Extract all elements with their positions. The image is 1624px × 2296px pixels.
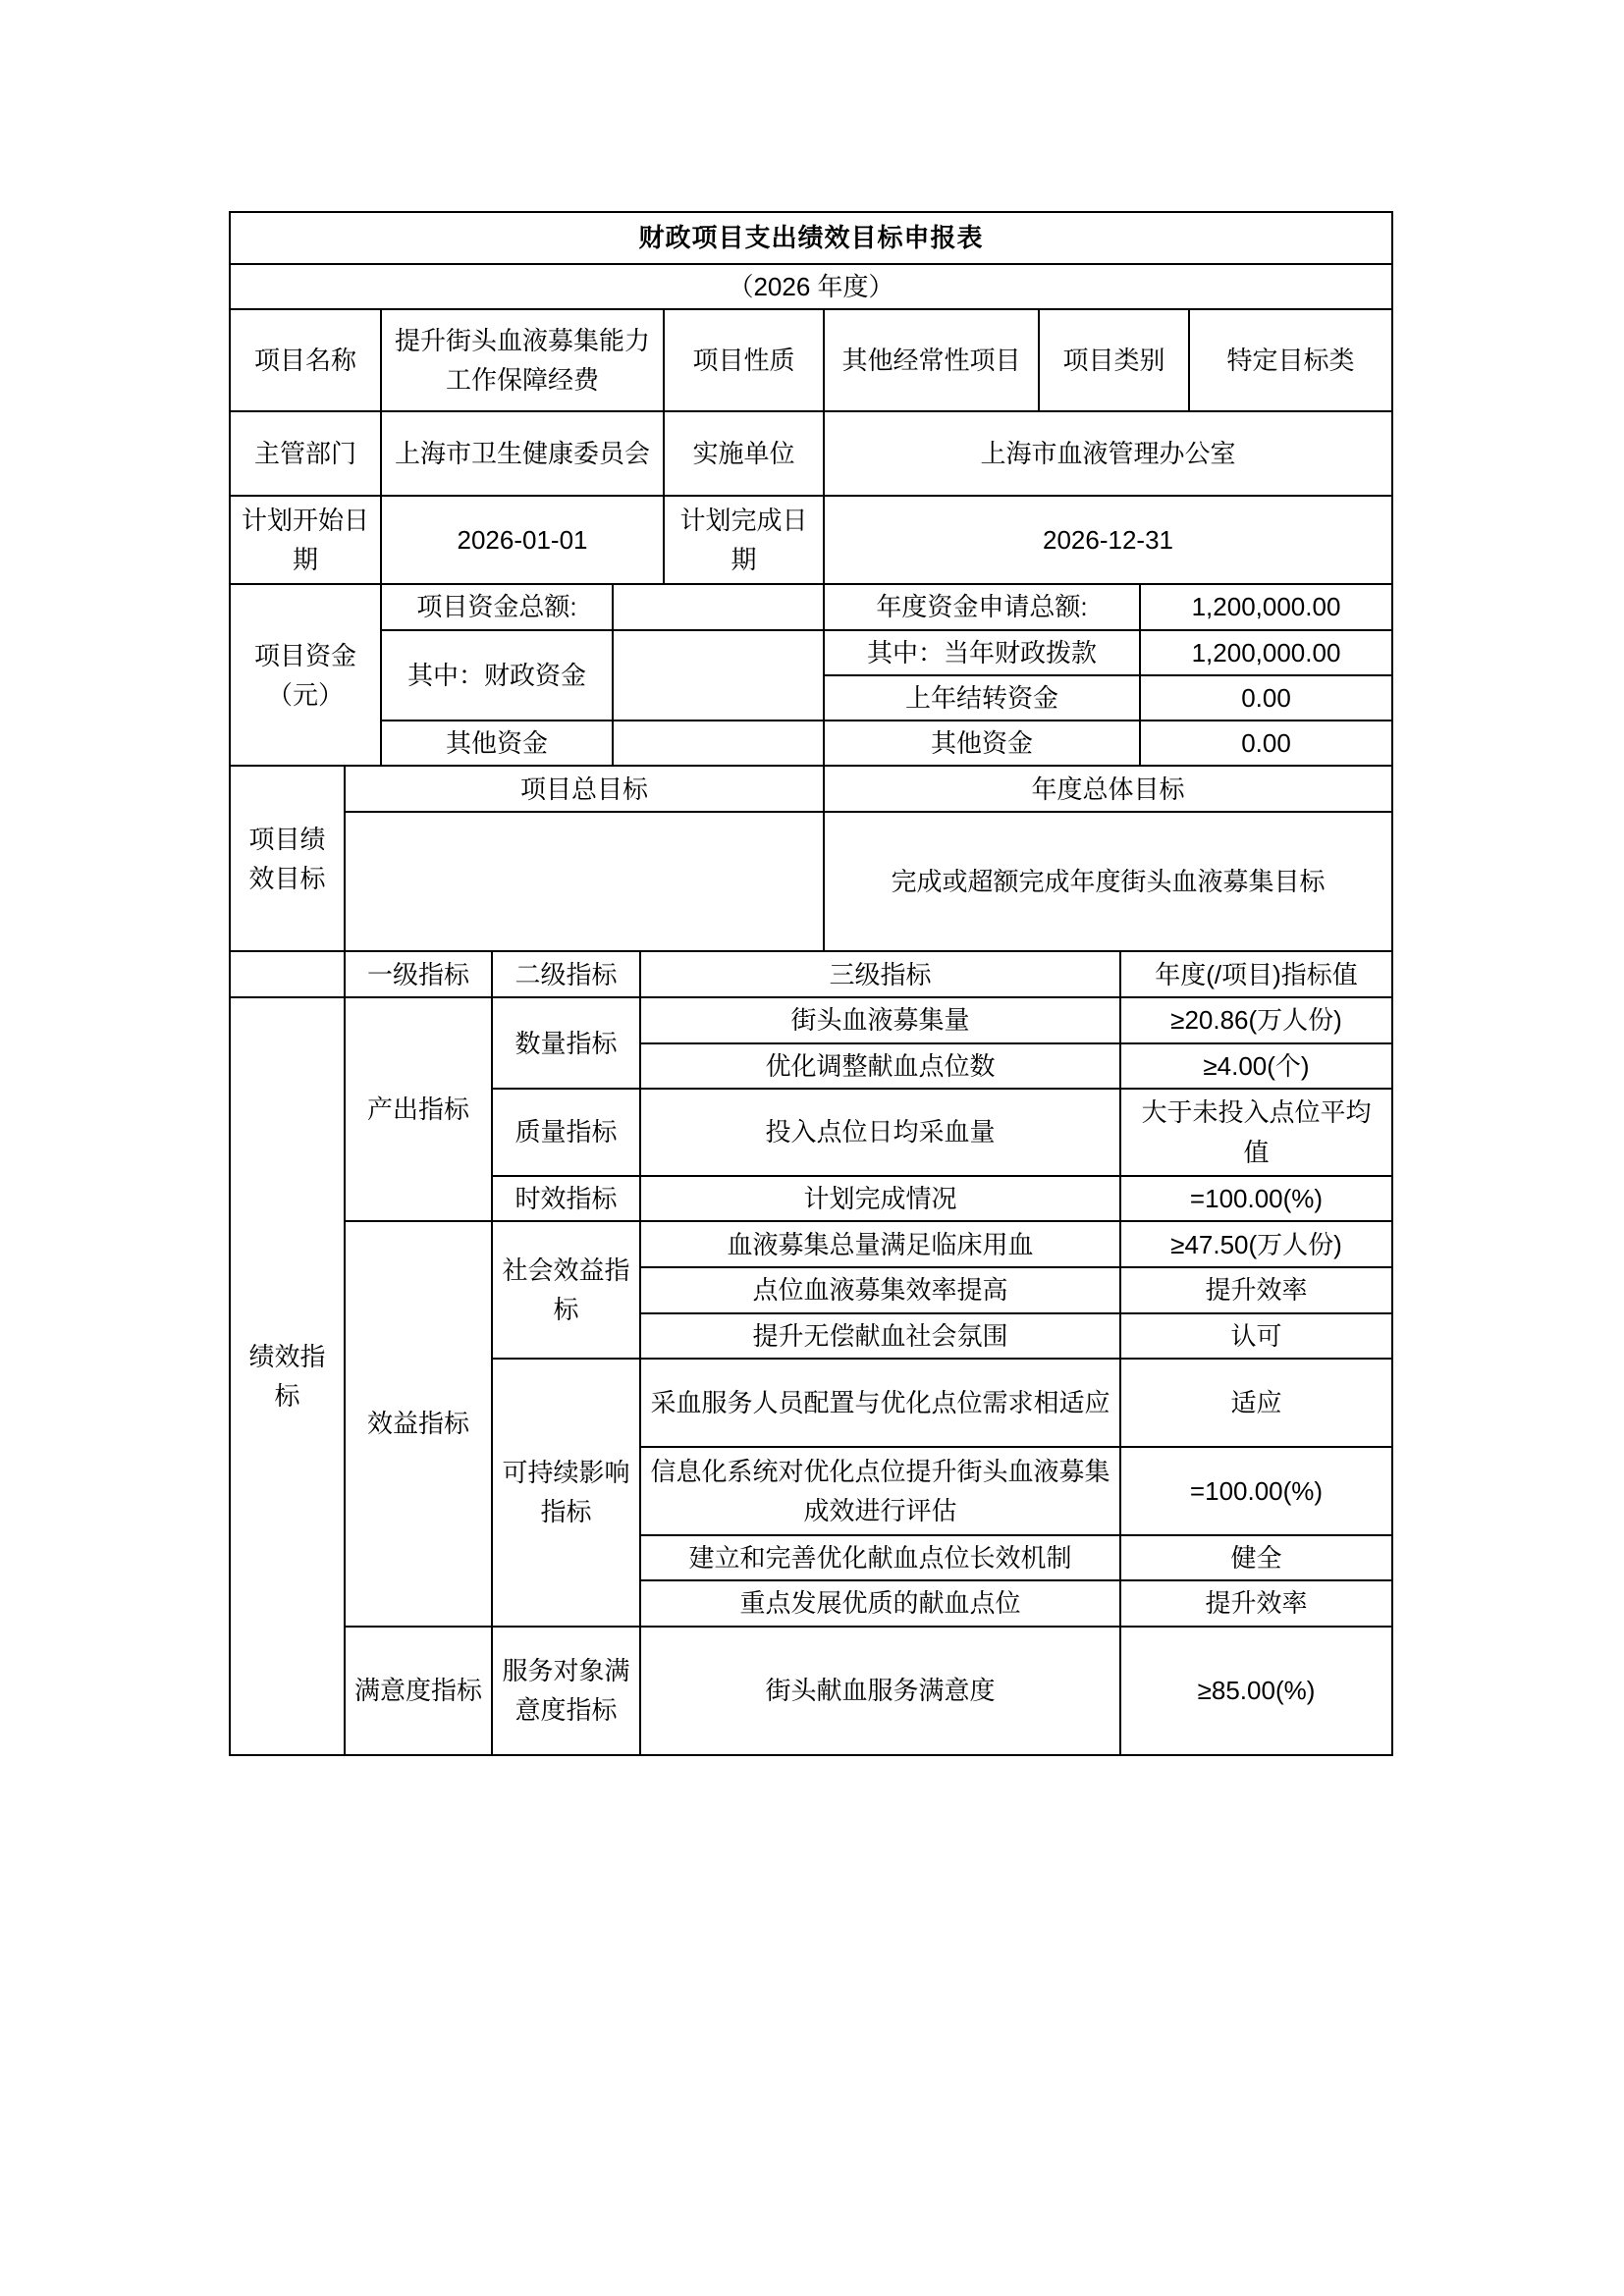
- level1-benefit: 效益指标: [345, 1221, 492, 1626]
- funding-section-label: 项目资金（元）: [230, 584, 381, 766]
- table-row: 主管部门 上海市卫生健康委员会 实施单位 上海市血液管理办公室: [230, 411, 1392, 496]
- form-year: （2026 年度）: [230, 264, 1392, 309]
- unit-label: 实施单位: [664, 411, 824, 496]
- annual-fiscal-value: 1,200,000.00: [1140, 630, 1392, 675]
- annual-total-label: 年度资金申请总额:: [824, 584, 1140, 629]
- table-row: 效益指标 社会效益指标 血液募集总量满足临床用血 ≥47.50(万人份): [230, 1221, 1392, 1267]
- project-nature-label: 项目性质: [664, 309, 824, 411]
- goals-section-label: 项目绩效目标: [230, 766, 345, 951]
- carryover-value: 0.00: [1140, 675, 1392, 721]
- dept-label: 主管部门: [230, 411, 381, 496]
- level3-header: 三级指标: [640, 951, 1120, 997]
- funding-total-value: [613, 584, 824, 629]
- table-row: 计划开始日期 2026-01-01 计划完成日期 2026-12-31: [230, 496, 1392, 584]
- fiscal-funds-label: 其中：财政资金: [381, 630, 613, 721]
- level1-satisfaction: 满意度指标: [345, 1627, 492, 1755]
- other-funds-value: [613, 721, 824, 766]
- indicator-name: 街头献血服务满意度: [640, 1627, 1120, 1755]
- project-name-label: 项目名称: [230, 309, 381, 411]
- indicator-value: 大于未投入点位平均值: [1120, 1089, 1392, 1176]
- level2-header: 二级指标: [492, 951, 640, 997]
- fiscal-funds-value: [613, 630, 824, 721]
- table-row: 项目绩效目标 项目总目标 年度总体目标: [230, 766, 1392, 812]
- indicator-name: 建立和完善优化献血点位长效机制: [640, 1535, 1120, 1580]
- indicator-name: 计划完成情况: [640, 1176, 1120, 1221]
- form-title: 财政项目支出绩效目标申报表: [230, 212, 1392, 264]
- indicator-name: 采血服务人员配置与优化点位需求相适应: [640, 1359, 1120, 1447]
- section-funding: 项目资金（元） 项目资金总额: 年度资金申请总额: 1,200,000.00 其…: [229, 583, 1393, 767]
- indicator-value: 适应: [1120, 1359, 1392, 1447]
- annual-goal-body: 完成或超额完成年度街头血液募集目标: [824, 812, 1392, 951]
- level1-header: 一级指标: [345, 951, 492, 997]
- indicator-value: ≥47.50(万人份): [1120, 1221, 1392, 1267]
- table-row: 完成或超额完成年度街头血液募集目标: [230, 812, 1392, 951]
- indicator-name: 重点发展优质的献血点位: [640, 1580, 1120, 1626]
- annual-fiscal-label: 其中：当年财政拨款: [824, 630, 1140, 675]
- other-funds-label: 其他资金: [381, 721, 613, 766]
- section-goals: 项目绩效目标 项目总目标 年度总体目标 完成或超额完成年度街头血液募集目标: [229, 765, 1393, 952]
- project-goal-header: 项目总目标: [345, 766, 824, 812]
- plan-end-label: 计划完成日期: [664, 496, 824, 584]
- indicators-section-label: 绩效指标: [230, 997, 345, 1754]
- indicator-name: 信息化系统对优化点位提升街头血液募集成效进行评估: [640, 1447, 1120, 1535]
- indicator-name: 提升无偿献血社会氛围: [640, 1313, 1120, 1359]
- document-page: 财政项目支出绩效目标申报表 （2026 年度） 项目名称 提升街头血液募集能力工…: [0, 0, 1624, 2296]
- indicator-value: ≥85.00(%): [1120, 1627, 1392, 1755]
- level2-social: 社会效益指标: [492, 1221, 640, 1359]
- unit-value: 上海市血液管理办公室: [824, 411, 1392, 496]
- indicator-value: =100.00(%): [1120, 1176, 1392, 1221]
- value-header: 年度(/项目)指标值: [1120, 951, 1392, 997]
- project-goal-body: [345, 812, 824, 951]
- table-row: 项目名称 提升街头血液募集能力工作保障经费 项目性质 其他经常性项目 项目类别 …: [230, 309, 1392, 411]
- table-row: 绩效指标 产出指标 数量指标 街头血液募集量 ≥20.86(万人份): [230, 997, 1392, 1042]
- carryover-label: 上年结转资金: [824, 675, 1140, 721]
- dept-value: 上海市卫生健康委员会: [381, 411, 664, 496]
- indicator-value: =100.00(%): [1120, 1447, 1392, 1535]
- table-row: 满意度指标 服务对象满意度指标 街头献血服务满意度 ≥85.00(%): [230, 1627, 1392, 1755]
- declaration-form-table: 财政项目支出绩效目标申报表 （2026 年度） 项目名称 提升街头血液募集能力工…: [229, 211, 1391, 1756]
- project-category-value: 特定目标类: [1189, 309, 1392, 411]
- section-basic-info: 财政项目支出绩效目标申报表 （2026 年度） 项目名称 提升街头血液募集能力工…: [229, 211, 1393, 585]
- table-row: 项目资金（元） 项目资金总额: 年度资金申请总额: 1,200,000.00: [230, 584, 1392, 629]
- indicator-name: 街头血液募集量: [640, 997, 1120, 1042]
- indicator-value: ≥20.86(万人份): [1120, 997, 1392, 1042]
- project-category-label: 项目类别: [1039, 309, 1189, 411]
- indicator-name: 优化调整献血点位数: [640, 1043, 1120, 1089]
- indicator-name: 血液募集总量满足临床用血: [640, 1221, 1120, 1267]
- level2-sustainability: 可持续影响指标: [492, 1359, 640, 1627]
- project-nature-value: 其他经常性项目: [824, 309, 1039, 411]
- indicator-value: ≥4.00(个): [1120, 1043, 1392, 1089]
- level2-quantity: 数量指标: [492, 997, 640, 1089]
- annual-other-label: 其他资金: [824, 721, 1140, 766]
- indicator-name: 点位血液募集效率提高: [640, 1267, 1120, 1312]
- plan-end-value: 2026-12-31: [824, 496, 1392, 584]
- indicator-value: 提升效率: [1120, 1267, 1392, 1312]
- indicator-header-row: 一级指标 二级指标 三级指标 年度(/项目)指标值: [230, 951, 1392, 997]
- level2-timeliness: 时效指标: [492, 1176, 640, 1221]
- indicator-value: 认可: [1120, 1313, 1392, 1359]
- section-indicators: 一级指标 二级指标 三级指标 年度(/项目)指标值 绩效指标 产出指标 数量指标…: [229, 950, 1393, 1755]
- level2-service-satisfaction: 服务对象满意度指标: [492, 1627, 640, 1755]
- indicator-name: 投入点位日均采血量: [640, 1089, 1120, 1176]
- indicator-value: 健全: [1120, 1535, 1392, 1580]
- funding-total-label: 项目资金总额:: [381, 584, 613, 629]
- indicators-corner-cell: [230, 951, 345, 997]
- indicator-value: 提升效率: [1120, 1580, 1392, 1626]
- plan-start-label: 计划开始日期: [230, 496, 381, 584]
- table-row: 其中：财政资金 其中：当年财政拨款 1,200,000.00: [230, 630, 1392, 675]
- project-name-value: 提升街头血液募集能力工作保障经费: [381, 309, 664, 411]
- annual-total-value: 1,200,000.00: [1140, 584, 1392, 629]
- level1-output: 产出指标: [345, 997, 492, 1221]
- plan-start-value: 2026-01-01: [381, 496, 664, 584]
- annual-goal-header: 年度总体目标: [824, 766, 1392, 812]
- table-row: 其他资金 其他资金 0.00: [230, 721, 1392, 766]
- annual-other-value: 0.00: [1140, 721, 1392, 766]
- level2-quality: 质量指标: [492, 1089, 640, 1176]
